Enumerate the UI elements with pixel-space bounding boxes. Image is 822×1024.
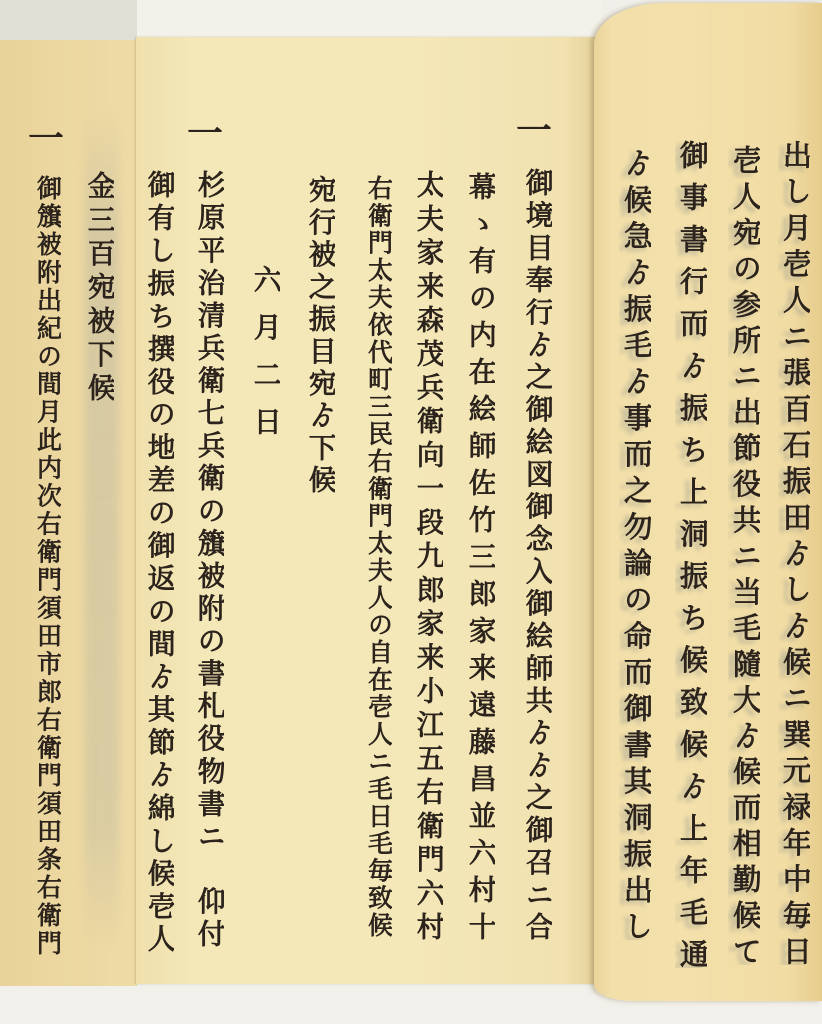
text-column-center-3: 太夫家来森茂兵衛向一段九郎家来小江五右衛門六村 <box>412 170 443 940</box>
text-column-right-3: 御事書行而ゟ振ち上洞振ち候致候ゟ上年毛通 <box>675 140 707 968</box>
item-marker: 一 <box>187 117 223 151</box>
background-top-paper <box>137 0 602 41</box>
text-column-right-1: 出し月壱人ニ張百石振田ゟしゟ候ニ巽元禄年中毎日 <box>778 140 810 965</box>
text-column-left-1: 金三百宛被下候 <box>83 171 114 401</box>
right-page: 出し月壱人ニ張百石振田ゟしゟ候ニ巽元禄年中毎日 壱人宛の参所ニ出節役共ニ当毛隨大… <box>594 3 822 1001</box>
item-marker: 一 <box>516 114 552 148</box>
text-column-center-7: 杉原平治清兵衛七兵衛の籏被附の書札役物書ニ 仰付 <box>193 170 224 947</box>
text-column-center-8: 御有し振ち撰役の地差の御返の間ゟ其節ゟ綿し候壱人 <box>143 170 174 952</box>
text-column-right-4: ゟ候急ゟ振毛ゟ事而之勿論の命而御書其洞振出し <box>619 148 651 940</box>
text-column-right-2: 壱人宛の参所ニ出節役共ニ当毛隨大ゟ候而相勤候て <box>728 145 760 965</box>
date-line: 六月二日 <box>249 265 280 435</box>
text-column-left-2: 御籏被附出紀の間月此内次右衛門須田市郎右衛門須田条右衛門 <box>33 175 61 955</box>
center-page: 一 御境目奉行ゟ之御絵図御念入御絵師共ゟゟ之御召ニ合 幕ゝ有の内在絵師佐竹三郎家… <box>136 37 600 984</box>
text-column-center-4: 右衛門太夫依代町三民右衛門太夫人の自在壱人ニ毛日毛毎致候 <box>364 175 392 937</box>
background-top-left <box>0 0 137 42</box>
text-column-center-1: 御境目奉行ゟ之御絵図御念入御絵師共ゟゟ之御召ニ合 <box>521 168 552 940</box>
item-marker: 一 <box>28 122 64 156</box>
text-column-center-2: 幕ゝ有の内在絵師佐竹三郎家来遠藤昌並六村十 <box>464 172 495 940</box>
left-page: 金三百宛被下候 一 御籏被附出紀の間月此内次右衛門須田市郎右衛門須田条右衛門 <box>0 40 137 986</box>
text-column-center-5: 宛行被之振目宛ゟ下候 <box>304 175 335 493</box>
